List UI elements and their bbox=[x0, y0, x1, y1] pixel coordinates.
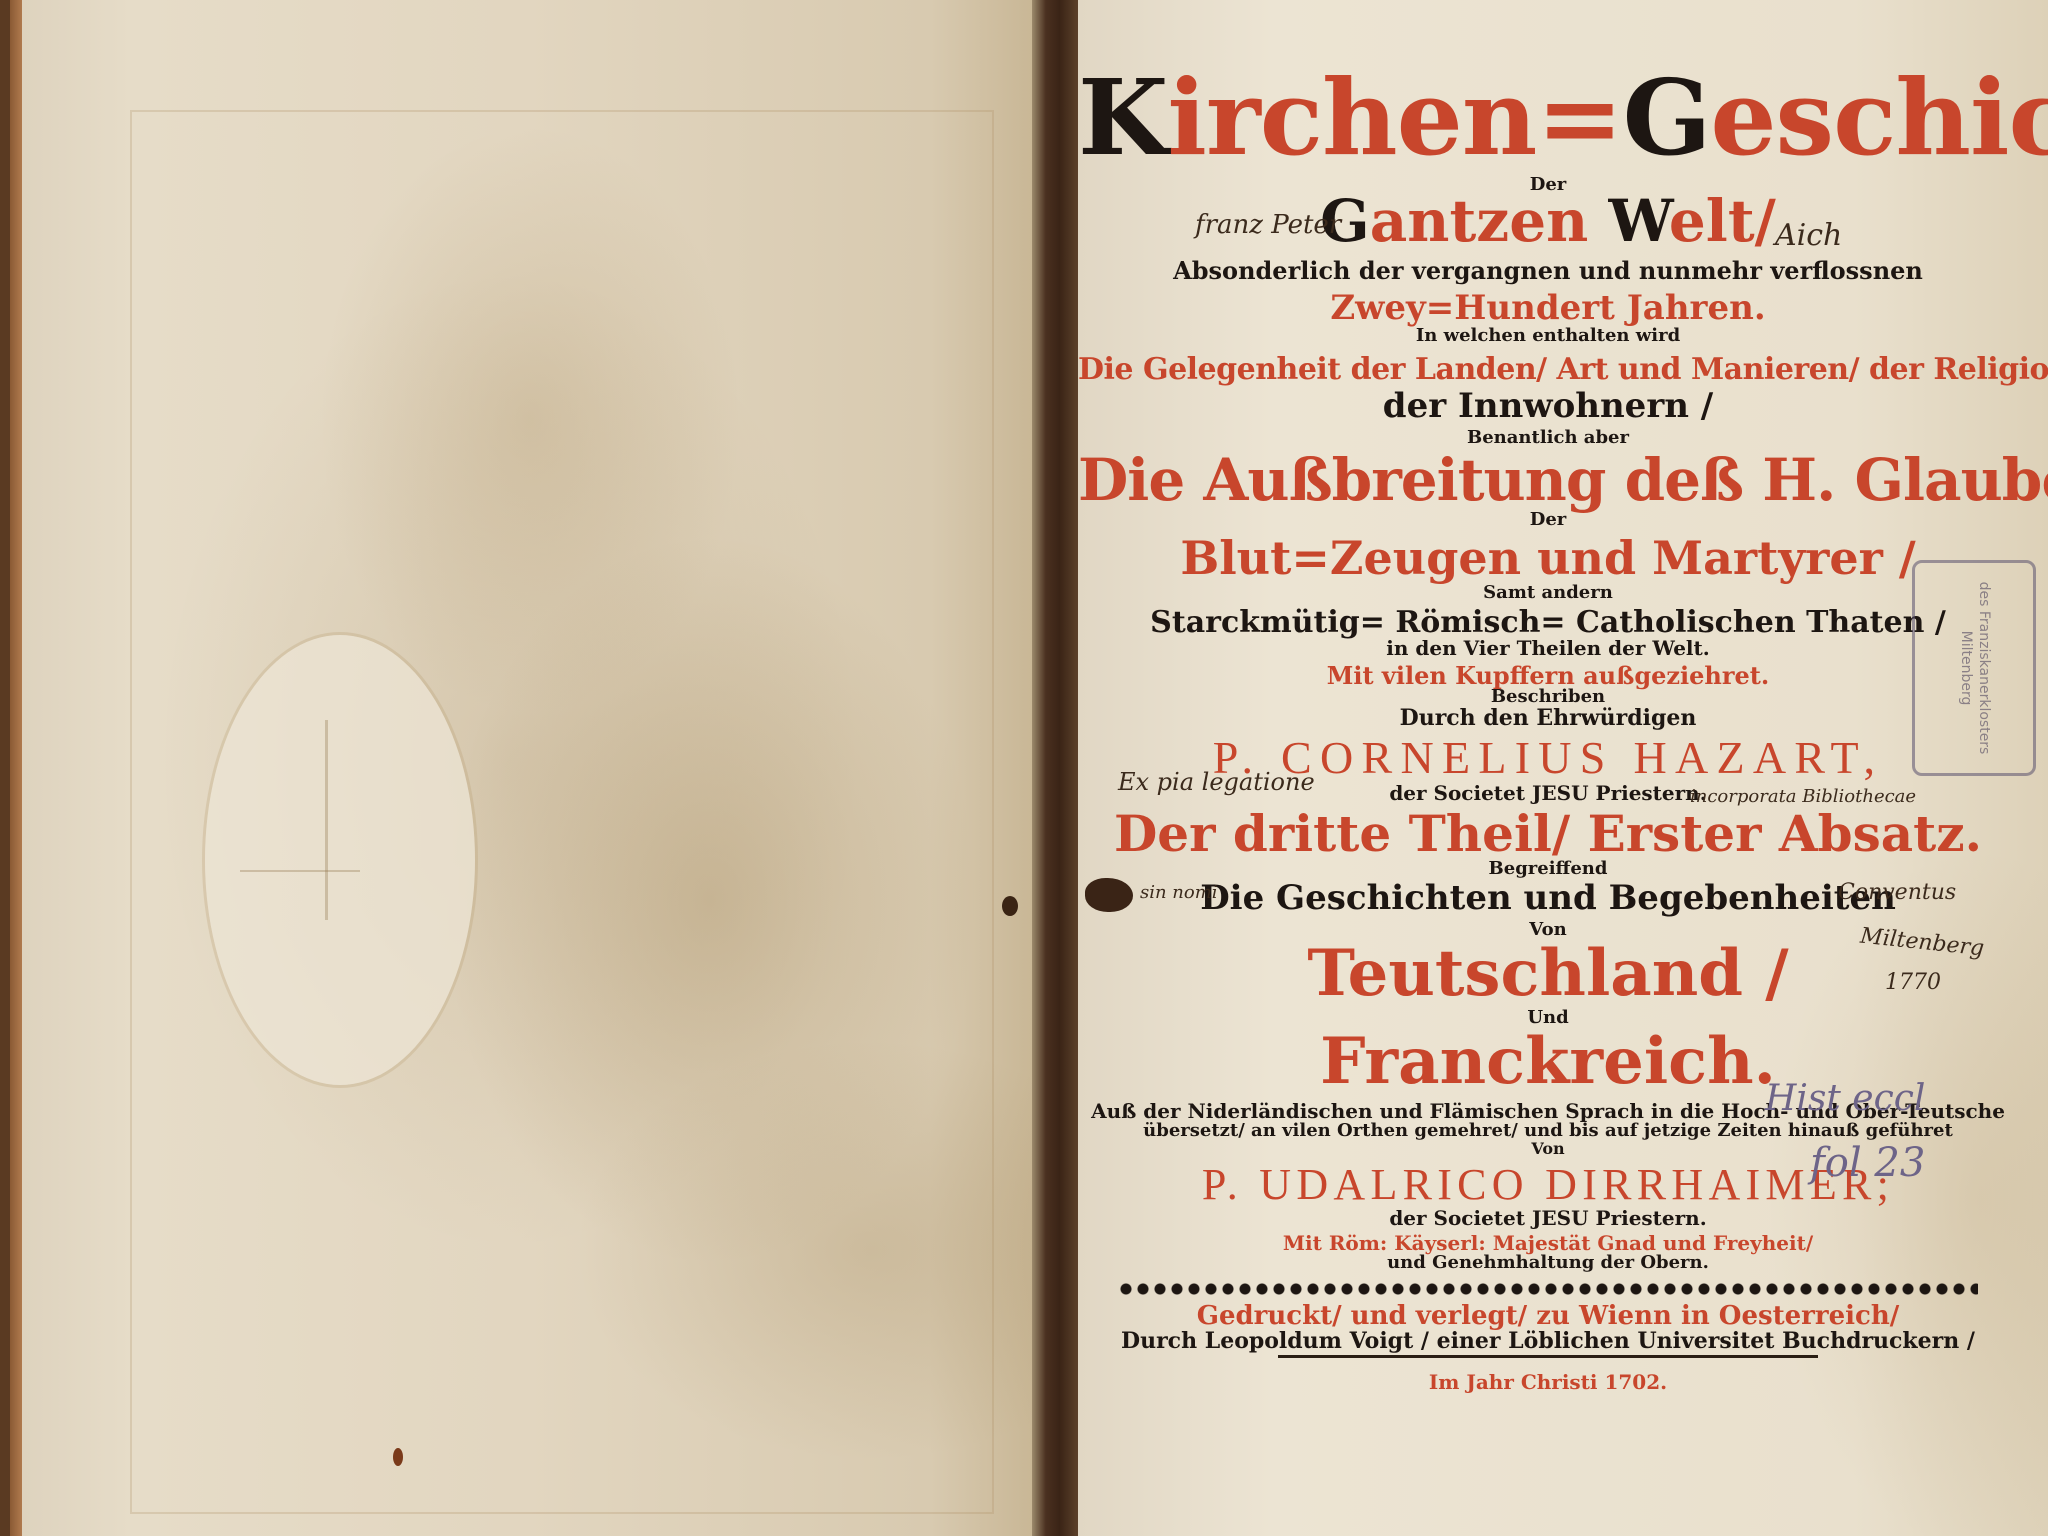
year-line: Im Jahr Christi 1702. bbox=[1078, 1372, 2018, 1393]
begreiffend-line: Begreiffend bbox=[1078, 860, 2018, 879]
absonderlich-line: Absonderlich der vergangnen und nunmehr … bbox=[1078, 258, 2018, 283]
printed-in-line: Gedruckt/ und verlegt/ zu Wienn in Oeste… bbox=[1078, 1303, 2018, 1330]
samt-andern-line: Samt andern bbox=[1078, 584, 2018, 603]
societet-line-2: der Societet JESU Priestern. bbox=[1078, 1208, 2018, 1229]
offset-cross-mark bbox=[240, 870, 360, 872]
welt-word: elt/ bbox=[1669, 187, 1776, 255]
gelegenheit-line: Die Gelegenheit der Landen/ Art und Mani… bbox=[1078, 354, 2018, 386]
benantlich-line: Benantlich aber bbox=[1078, 429, 2018, 448]
left-page-verso bbox=[10, 0, 1032, 1536]
gantzen-word: antzen bbox=[1370, 187, 1609, 255]
handwritten-incorporata: incorporata Bibliothecae bbox=[1690, 786, 1916, 807]
aussbreitung-line: Die Außbreitung deß H. Glaubens/ bbox=[1078, 450, 2018, 511]
handwritten-sin-nomi: sin nomi bbox=[1140, 882, 1218, 903]
in-welchen-line: In welchen enthalten wird bbox=[1078, 327, 2018, 346]
library-stamp-text: des Franziskanerklosters Miltenberg bbox=[1957, 573, 1993, 763]
title-word-b: eschicht bbox=[1710, 56, 2048, 179]
kupffern-line: Mit vilen Kupffern außgeziehret. bbox=[1078, 663, 2018, 688]
main-title: Kirchen=Geschicht bbox=[1078, 63, 2018, 172]
genehmhaltung-line: und Genehmhaltung der Obern. bbox=[1078, 1254, 2018, 1273]
starckmuetig-line: Starckmütig= Römisch= Catholischen Thate… bbox=[1078, 607, 2018, 639]
ornamental-border-rule bbox=[1118, 1281, 1978, 1297]
vier-theilen-line: in den Vier Theilen der Welt. bbox=[1078, 638, 2018, 659]
volume-part-line: Der dritte Theil/ Erster Absatz. bbox=[1078, 808, 2018, 861]
pencil-catalog-note: Hist eccl bbox=[1765, 1078, 1925, 1119]
handwritten-year: 1770 bbox=[1885, 970, 1941, 995]
handwritten-owner-name: franz Peter bbox=[1195, 210, 1341, 240]
handwritten-ex-pia: Ex pia legatione bbox=[1118, 768, 1315, 796]
handwritten-owner-surname: Aich bbox=[1775, 218, 1842, 253]
ink-spot bbox=[1002, 896, 1018, 916]
title-text-block: Kirchen=Geschicht Der Gantzen Welt/ Abso… bbox=[1078, 55, 2018, 1393]
offset-cross-mark bbox=[325, 720, 328, 920]
book-spread: Kirchen=Geschicht Der Gantzen Welt/ Abso… bbox=[0, 0, 2048, 1536]
frontispiece-offset-oval bbox=[205, 635, 475, 1085]
zwey-hundert-line: Zwey=Hundert Jahren. bbox=[1078, 291, 2018, 327]
imprint-underline bbox=[1278, 1355, 1818, 1358]
initial-w: W bbox=[1608, 187, 1668, 255]
durch-line: Durch den Ehrwürdigen bbox=[1078, 707, 2018, 730]
left-page-edge bbox=[10, 0, 22, 1536]
pencil-folio-note: fol 23 bbox=[1810, 1140, 1925, 1186]
handwritten-conventus: Conventus bbox=[1838, 880, 1956, 905]
initial-g: G bbox=[1623, 56, 1711, 179]
title-separator: = bbox=[1536, 56, 1622, 179]
initial-k: K bbox=[1078, 56, 1167, 179]
foxing-spot bbox=[393, 1448, 403, 1466]
ink-blot bbox=[1085, 878, 1133, 912]
printer-line: Durch Leopoldum Voigt / einer Löblichen … bbox=[1078, 1330, 2018, 1353]
blut-zeugen-line: Blut=Zeugen und Martyrer / bbox=[1078, 534, 2018, 582]
innwohnern-line: der Innwohnern / bbox=[1078, 389, 2018, 425]
book-gutter bbox=[1032, 0, 1078, 1536]
privilege-line: Mit Röm: Käyserl: Majestät Gnad und Frey… bbox=[1078, 1233, 2018, 1254]
title-word-a: irchen bbox=[1167, 56, 1536, 179]
library-stamp: des Franziskanerklosters Miltenberg bbox=[1912, 560, 2036, 776]
